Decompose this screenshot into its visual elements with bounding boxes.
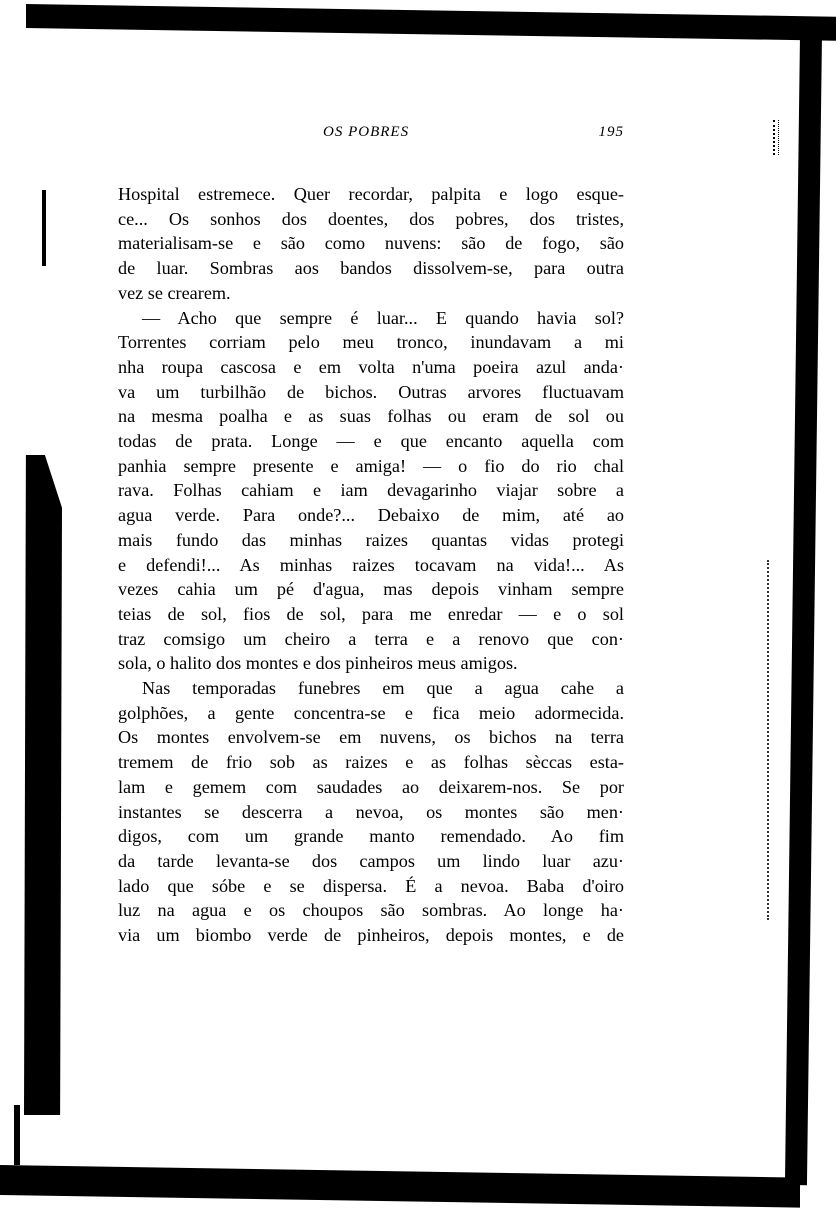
book-page: OS POBRES 195 Hospital estremece. Quer r… — [118, 118, 624, 948]
text-line: instantes se descerra a nevoa, os montes… — [118, 800, 624, 825]
text-line: — Acho que sempre é luar... E quando hav… — [118, 306, 624, 331]
text-line: mais fundo das minhas raizes quantas vid… — [118, 528, 624, 553]
scan-bleedthrough-mark — [773, 120, 779, 155]
scan-border-right — [785, 35, 822, 1185]
running-head: OS POBRES 195 — [118, 118, 624, 148]
text-line: via um biombo verde de pinheiros, depois… — [118, 923, 624, 948]
text-line: traz comsigo um cheiro a terra e a renov… — [118, 627, 624, 652]
text-line: agua verde. Para onde?... Debaixo de mim… — [118, 503, 624, 528]
text-line: vezes cahia um pé d'agua, mas depois vin… — [118, 577, 624, 602]
scan-mark-left-bottom — [14, 1105, 20, 1165]
text-line: da tarde levanta-se dos campos um lindo … — [118, 849, 624, 874]
scan-border-bottom — [0, 1165, 800, 1208]
text-line: materialisam-se e são como nuvens: são d… — [118, 231, 624, 256]
text-line: e defendi!... As minhas raizes tocavam n… — [118, 553, 624, 578]
text-line: golphões, a gente concentra-se e fica me… — [118, 701, 624, 726]
text-line: Hospital estremece. Quer recordar, palpi… — [118, 182, 624, 207]
text-line: lam e gemem com saudades ao deixarem-nos… — [118, 775, 624, 800]
scan-bleedthrough-mark — [767, 560, 773, 920]
text-line: Nas temporadas funebres em que a agua ca… — [118, 676, 624, 701]
text-line: digos, com um grande manto remendado. Ao… — [118, 824, 624, 849]
page-number: 195 — [599, 124, 625, 141]
text-line: vez se crearem. — [118, 281, 624, 306]
text-line: rava. Folhas cahiam e iam devagarinho vi… — [118, 478, 624, 503]
scan-border-top — [26, 4, 836, 41]
text-line: va um turbilhão de bichos. Outras arvore… — [118, 380, 624, 405]
text-line: Torrentes corriam pelo meu tronco, inund… — [118, 330, 624, 355]
body-text: Hospital estremece. Quer recordar, palpi… — [118, 182, 624, 948]
text-line: nha roupa cascosa e em volta n'uma poeir… — [118, 355, 624, 380]
scan-mark-left — [42, 190, 46, 266]
text-line: luz na agua e os choupos são sombras. Ao… — [118, 898, 624, 923]
text-line: tremem de frio sob as raizes e as folhas… — [118, 750, 624, 775]
text-line: todas de prata. Longe — e que encanto aq… — [118, 429, 624, 454]
text-line: lado que sóbe e se dispersa. É a nevoa. … — [118, 874, 624, 899]
text-line: na mesma poalha e as suas folhas ou eram… — [118, 404, 624, 429]
running-title: OS POBRES — [323, 124, 409, 141]
text-line: ce... Os sonhos dos doentes, dos pobres,… — [118, 207, 624, 232]
scan-book-spine-shadow — [24, 455, 62, 1115]
text-line: teias de sol, fios de sol, para me enred… — [118, 602, 624, 627]
text-line: Os montes envolvem-se em nuvens, os bich… — [118, 725, 624, 750]
text-line: sola, o halito dos montes e dos pinheiro… — [118, 651, 624, 676]
text-line: panhia sempre presente e amiga! — o fio … — [118, 454, 624, 479]
text-line: de luar. Sombras aos bandos dissolvem-se… — [118, 256, 624, 281]
